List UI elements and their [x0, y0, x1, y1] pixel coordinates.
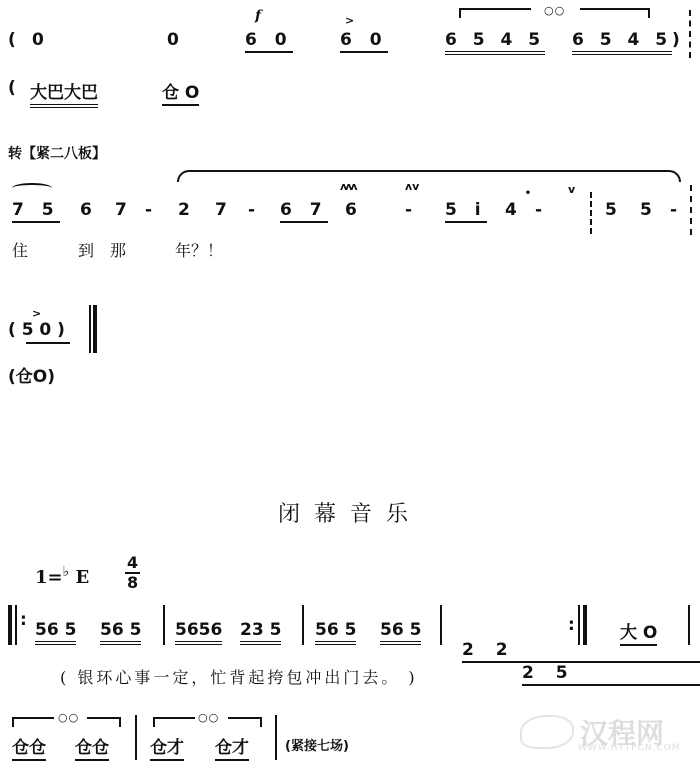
open-paren-2: (: [8, 78, 16, 98]
lyric-2: 到: [78, 238, 94, 261]
repeat-dots-start: :: [20, 610, 27, 630]
note-group-6545b: 6 5 4 5: [572, 30, 672, 55]
repeat-end-thin: [578, 605, 580, 645]
note-group-75: 7 5: [12, 200, 60, 223]
note-7b: 7: [215, 200, 227, 220]
repeat-dots-end: :: [568, 615, 575, 635]
note-group-5i: 5 i: [445, 200, 487, 223]
measure2-beat2: 23 5: [240, 620, 281, 645]
note-rest-2: 0: [167, 30, 179, 50]
key-note: E: [76, 567, 90, 588]
slur-long: [177, 170, 681, 182]
note-5a: 5: [605, 200, 617, 220]
note-6-ornamented: 6: [345, 200, 357, 220]
note-6: 6: [80, 200, 92, 220]
tremolo-bracket-l1: [12, 717, 54, 727]
note-group-60b: 6 0: [340, 30, 388, 53]
slur-short: [12, 183, 52, 193]
measure3-beat2: 56 5: [380, 620, 421, 645]
note-2-high: 2: [178, 200, 700, 220]
measure1-beat2: 56 5: [100, 620, 141, 645]
time-numerator: 4: [125, 554, 140, 574]
key-signature: 1=♭ E: [35, 564, 89, 588]
measure3-beat1: 56 5: [315, 620, 356, 645]
repeat-start-thin: [15, 605, 17, 645]
note-group-67: 6 7: [280, 200, 328, 223]
stage-direction: ( 银环心事一定，忙背起挎包冲出门去。 ): [60, 665, 418, 688]
tremolo-bracket-r1: [87, 717, 121, 727]
dash-1: -: [145, 200, 152, 220]
tempo-change-label: 转【紧二八板】: [8, 143, 106, 163]
accent-mark: >: [345, 14, 354, 27]
tremolo-bracket-r2: [228, 717, 262, 727]
note-group-6545a: 6 5 4 5: [445, 30, 545, 55]
percussion-da-o: 大 O: [620, 618, 657, 646]
note-4: 4: [505, 200, 517, 220]
barline-3: [440, 605, 442, 645]
percussion-cang: 仓 O: [162, 78, 199, 106]
barline-final: [688, 605, 690, 645]
ornament-trill: ʌʌʌ: [340, 180, 356, 193]
tremolo-circles: ○○: [544, 4, 565, 17]
barline-end-thick: [93, 305, 97, 353]
barline-1: [163, 605, 165, 645]
tremolo-circles-2: ○○: [58, 711, 79, 724]
note-5b: 5: [640, 200, 652, 220]
flat-icon: ♭: [63, 564, 70, 580]
barline-perc-2: [275, 715, 277, 760]
dash-5: -: [670, 200, 677, 220]
note-group-50: ( 5 0 ): [8, 320, 65, 340]
perc-cangcang-1: 仓仓: [12, 733, 46, 761]
watermark-url: WWW.HTTPCN.COM: [578, 743, 681, 753]
close-paren: ): [672, 30, 680, 50]
measure2-beat1: 5656: [175, 620, 222, 645]
tremolo-bracket-right: [580, 8, 650, 18]
tremolo-bracket-l2: [153, 717, 195, 727]
percussion-cang-o: (仓O): [8, 362, 55, 387]
open-paren: (: [8, 30, 16, 50]
time-denominator: 8: [125, 574, 140, 592]
repeat-start-thick: [8, 605, 12, 645]
tremolo-circles-3: ○○: [198, 711, 219, 724]
barline-end-thin: [89, 305, 91, 353]
ornament-mordent: ʌv: [405, 180, 419, 193]
percussion-dabadaba: 大巴大巴: [30, 78, 98, 108]
time-signature: 4 8: [125, 554, 140, 592]
note-group-60a: 6 0: [245, 30, 293, 53]
barline-2: [302, 605, 304, 645]
page-title: 闭幕音乐: [278, 497, 422, 528]
measure4-beat1: 2 2: [462, 640, 700, 663]
lyric-1: 住: [12, 238, 28, 261]
tremolo-bracket-left: [459, 8, 531, 18]
lyric-4: 年？！: [175, 238, 223, 261]
cue-next-scene: (紧接七场): [285, 735, 349, 754]
dash-3: -: [405, 200, 412, 220]
dash-2: -: [248, 200, 255, 220]
repeat-end-thick: [583, 605, 587, 645]
dashed-barline-3: [690, 185, 692, 235]
measure1-beat1: 56 5: [35, 620, 76, 645]
dashed-barline-2: [590, 192, 592, 234]
key-label: 1=: [35, 567, 63, 588]
note-rest-1: 0: [32, 30, 44, 50]
perc-cangcai-2: 仓才: [215, 733, 249, 761]
perc-cangcai-1: 仓才: [150, 733, 184, 761]
watermark-logo-icon: [520, 715, 574, 749]
measure4-beat2: 2 5: [522, 663, 700, 686]
underline-50: [26, 342, 70, 344]
accent-mark-2: >: [32, 307, 41, 320]
barline-perc-1: [135, 715, 137, 760]
perc-cangcang-2: 仓仓: [75, 733, 109, 761]
note-7: 7: [115, 200, 127, 220]
dashed-barline: [689, 10, 691, 58]
lyric-3: 那: [110, 238, 126, 261]
dash-4: -: [535, 200, 542, 220]
breath-mark: v: [568, 183, 575, 196]
dynamic-forte: f: [255, 8, 261, 24]
